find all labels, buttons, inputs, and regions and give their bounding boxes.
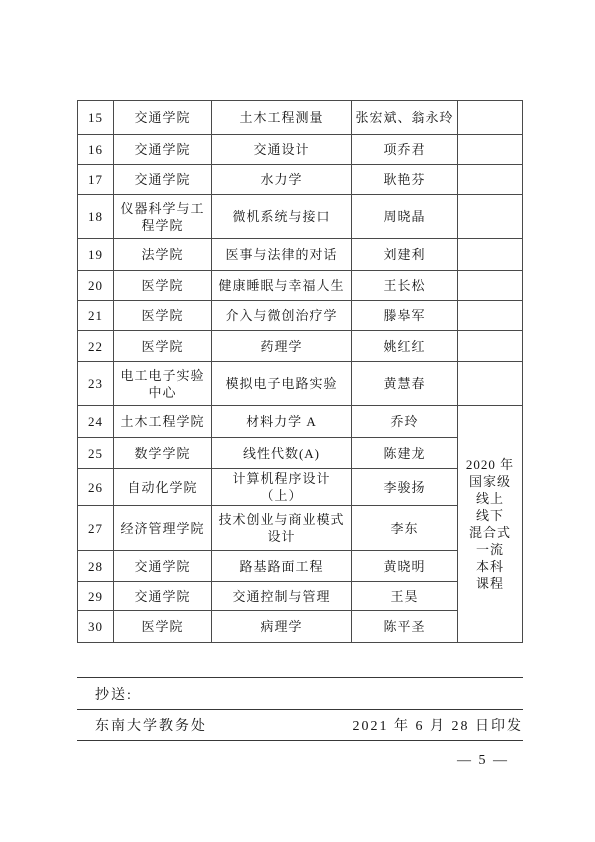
row-number-cell: 16: [78, 135, 114, 165]
instructor-cell: 陈建龙: [352, 438, 458, 469]
table-row: 17 交通学院 水力学 耿艳芬: [78, 165, 523, 195]
table-row: 29 交通学院 交通控制与管理 王昊: [78, 582, 523, 611]
table-row: 30 医学院 病理学 陈平圣: [78, 611, 523, 643]
course-table-body: 15 交通学院 土木工程测量 张宏斌、翁永玲 16 交通学院 交通设计 项乔君 …: [78, 101, 523, 643]
table-row: 24 土木工程学院 材料力学 A 乔玲 2020 年 国家级 线上 线下 混合式…: [78, 406, 523, 438]
row-number-cell: 27: [78, 506, 114, 551]
college-cell: 交通学院: [114, 101, 212, 135]
table-row: 20 医学院 健康睡眠与幸福人生 王长松: [78, 271, 523, 301]
table-row: 23 电工电子实验 中心 模拟电子电路实验 黄慧春: [78, 362, 523, 406]
course-cell: 材料力学 A: [212, 406, 352, 438]
row-number-cell: 25: [78, 438, 114, 469]
college-cell: 土木工程学院: [114, 406, 212, 438]
table-row: 28 交通学院 路基路面工程 黄晓明: [78, 551, 523, 582]
instructor-cell: 刘建利: [352, 239, 458, 271]
row-number-cell: 20: [78, 271, 114, 301]
note-cell-empty: [458, 271, 523, 301]
instructor-cell: 李骏扬: [352, 469, 458, 506]
note-cell-empty: [458, 239, 523, 271]
document-footer: 抄送: 东南大学教务处 2021 年 6 月 28 日印发 — 5 —: [77, 677, 523, 741]
row-number-cell: 18: [78, 195, 114, 239]
row-number-cell: 23: [78, 362, 114, 406]
note-cell-empty: [458, 101, 523, 135]
row-number-cell: 30: [78, 611, 114, 643]
course-cell: 技术创业与商业模式 设计: [212, 506, 352, 551]
college-cell: 交通学院: [114, 551, 212, 582]
college-cell: 医学院: [114, 301, 212, 331]
row-number-cell: 21: [78, 301, 114, 331]
instructor-cell: 姚红红: [352, 331, 458, 362]
instructor-cell: 乔玲: [352, 406, 458, 438]
table-row: 25 数学学院 线性代数(A) 陈建龙: [78, 438, 523, 469]
note-cell-empty: [458, 362, 523, 406]
row-number-cell: 15: [78, 101, 114, 135]
table-row: 22 医学院 药理学 姚红红: [78, 331, 523, 362]
issuer-name: 东南大学教务处: [95, 715, 207, 735]
footer-rule-bottom: [77, 740, 523, 741]
table-row: 19 法学院 医事与法律的对话 刘建利: [78, 239, 523, 271]
instructor-cell: 耿艳芬: [352, 165, 458, 195]
table-row: 16 交通学院 交通设计 项乔君: [78, 135, 523, 165]
row-number-cell: 26: [78, 469, 114, 506]
course-cell: 医事与法律的对话: [212, 239, 352, 271]
college-cell: 经济管理学院: [114, 506, 212, 551]
college-cell: 交通学院: [114, 165, 212, 195]
college-cell: 医学院: [114, 271, 212, 301]
note-cell-empty: [458, 165, 523, 195]
instructor-cell: 项乔君: [352, 135, 458, 165]
table-row: 26 自动化学院 计算机程序设计（上） 李骏扬: [78, 469, 523, 506]
note-cell-merged: 2020 年 国家级 线上 线下 混合式 一流 本科 课程: [458, 406, 523, 643]
course-cell: 介入与微创治疗学: [212, 301, 352, 331]
instructor-cell: 周晓晶: [352, 195, 458, 239]
row-number-cell: 22: [78, 331, 114, 362]
course-table: 15 交通学院 土木工程测量 张宏斌、翁永玲 16 交通学院 交通设计 项乔君 …: [77, 100, 523, 643]
note-cell-empty: [458, 135, 523, 165]
instructor-cell: 李东: [352, 506, 458, 551]
course-cell: 病理学: [212, 611, 352, 643]
row-number-cell: 29: [78, 582, 114, 611]
course-cell: 计算机程序设计（上）: [212, 469, 352, 506]
note-cell-empty: [458, 195, 523, 239]
college-cell: 交通学院: [114, 582, 212, 611]
course-cell: 土木工程测量: [212, 101, 352, 135]
row-number-cell: 24: [78, 406, 114, 438]
course-cell: 药理学: [212, 331, 352, 362]
table-row: 27 经济管理学院 技术创业与商业模式 设计 李东: [78, 506, 523, 551]
document-page: 15 交通学院 土木工程测量 张宏斌、翁永玲 16 交通学院 交通设计 项乔君 …: [0, 0, 595, 842]
cc-label: 抄送:: [95, 684, 133, 704]
course-cell: 微机系统与接口: [212, 195, 352, 239]
table-row: 15 交通学院 土木工程测量 张宏斌、翁永玲: [78, 101, 523, 135]
college-cell: 仪器科学与工 程学院: [114, 195, 212, 239]
instructor-cell: 王长松: [352, 271, 458, 301]
college-cell: 交通学院: [114, 135, 212, 165]
course-cell: 健康睡眠与幸福人生: [212, 271, 352, 301]
note-cell-empty: [458, 331, 523, 362]
instructor-cell: 黄慧春: [352, 362, 458, 406]
table-row: 21 医学院 介入与微创治疗学 滕皋军: [78, 301, 523, 331]
instructor-cell: 滕皋军: [352, 301, 458, 331]
row-number-cell: 19: [78, 239, 114, 271]
college-cell: 数学学院: [114, 438, 212, 469]
course-cell: 水力学: [212, 165, 352, 195]
row-number-cell: 28: [78, 551, 114, 582]
instructor-cell: 陈平圣: [352, 611, 458, 643]
college-cell: 法学院: [114, 239, 212, 271]
instructor-cell: 王昊: [352, 582, 458, 611]
course-cell: 模拟电子电路实验: [212, 362, 352, 406]
note-cell-empty: [458, 301, 523, 331]
instructor-cell: 张宏斌、翁永玲: [352, 101, 458, 135]
instructor-cell: 黄晓明: [352, 551, 458, 582]
row-number-cell: 17: [78, 165, 114, 195]
course-cell: 交通控制与管理: [212, 582, 352, 611]
college-cell: 自动化学院: [114, 469, 212, 506]
issue-date: 2021 年 6 月 28 日印发: [353, 715, 524, 735]
college-cell: 医学院: [114, 611, 212, 643]
course-cell: 线性代数(A): [212, 438, 352, 469]
page-number: — 5 —: [77, 753, 523, 769]
college-cell: 电工电子实验 中心: [114, 362, 212, 406]
course-cell: 路基路面工程: [212, 551, 352, 582]
college-cell: 医学院: [114, 331, 212, 362]
table-row: 18 仪器科学与工 程学院 微机系统与接口 周晓晶: [78, 195, 523, 239]
course-cell: 交通设计: [212, 135, 352, 165]
